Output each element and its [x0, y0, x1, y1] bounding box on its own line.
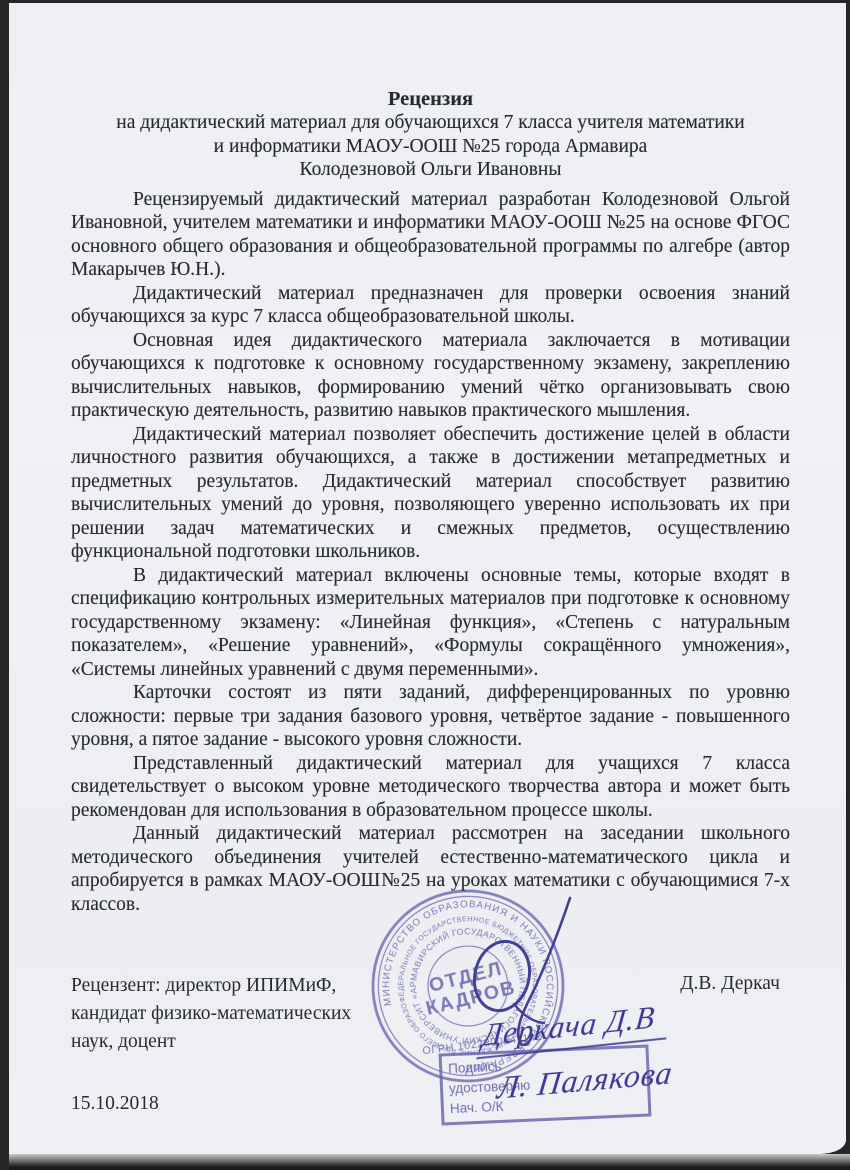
document-body: Рецензируемый дидактический материал раз…	[71, 188, 790, 917]
reviewer-line-2: кандидат физико-математических	[71, 1000, 351, 1028]
scan-background-edge	[9, 1154, 850, 1170]
paragraph-4: Дидактический материал позволяет обеспеч…	[71, 423, 790, 564]
document-title: Рецензия	[71, 87, 790, 111]
paragraph-5: В дидактический материал включены основн…	[71, 564, 790, 682]
scanned-paper-sheet: Рецензия на дидактический материал для о…	[9, 3, 846, 1154]
document-date: 15.10.2018	[71, 1092, 790, 1116]
reviewer-name: Д.В. Деркач	[680, 972, 780, 996]
paragraph-2: Дидактический материал предназначен для …	[71, 282, 790, 329]
paragraph-7: Представленный дидактический материал дл…	[71, 752, 790, 823]
document-subtitle-line-1: на дидактический материал для обучающихс…	[71, 111, 790, 135]
document-subtitle-line-3: Колодезновой Ольги Ивановны	[71, 158, 790, 182]
signature-block: Рецензент: директор ИПИМиФ, кандидат физ…	[71, 972, 790, 1056]
paragraph-8: Данный дидактический материал рассмотрен…	[71, 822, 790, 916]
paragraph-6: Карточки состоят из пяти заданий, диффер…	[71, 681, 790, 752]
reviewer-line-1: Рецензент: директор ИПИМиФ,	[71, 972, 351, 1000]
reviewer-line-3: наук, доцент	[71, 1028, 351, 1056]
paragraph-3: Основная идея дидактического материала з…	[71, 329, 790, 423]
paragraph-1: Рецензируемый дидактический материал раз…	[71, 188, 790, 282]
document-subtitle-line-2: и информатики МАОУ-ООШ №25 города Армави…	[71, 135, 790, 159]
review-document: Рецензия на дидактический материал для о…	[71, 3, 790, 1116]
reviewer-credentials: Рецензент: директор ИПИМиФ, кандидат физ…	[71, 972, 351, 1056]
